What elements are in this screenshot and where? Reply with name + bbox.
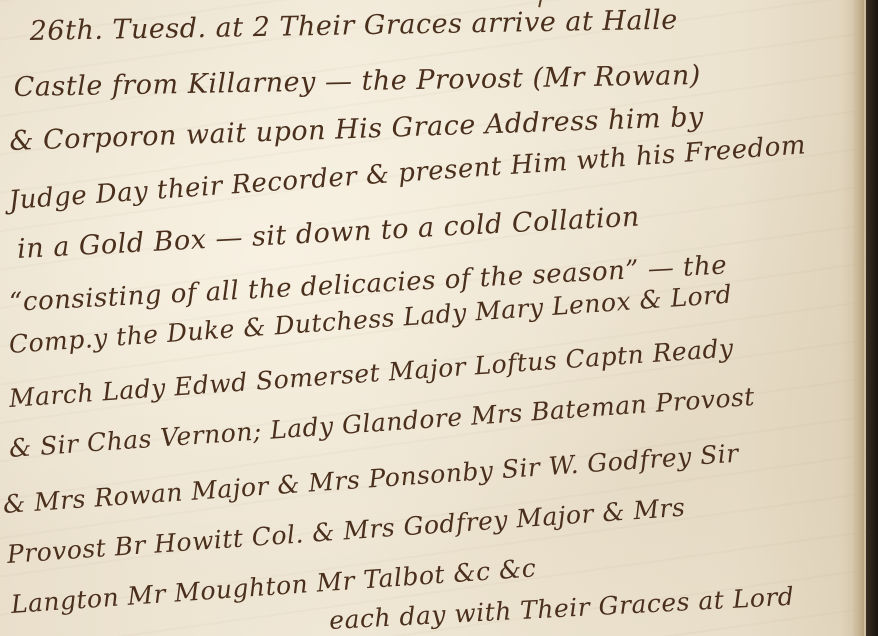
manuscript-page: 26th. Tuesd. at 2 Their Graces arrive at… <box>0 0 866 636</box>
manuscript-line-2: Castle from Killarney — the Provost (Mr … <box>13 60 701 103</box>
page-edge <box>852 0 864 636</box>
manuscript-line-5: in a Gold Box — sit down to a cold Colla… <box>16 201 640 265</box>
manuscript-line-1: 26th. Tuesd. at 2 Their Graces arrive at… <box>29 5 678 47</box>
book-binding <box>866 0 878 636</box>
